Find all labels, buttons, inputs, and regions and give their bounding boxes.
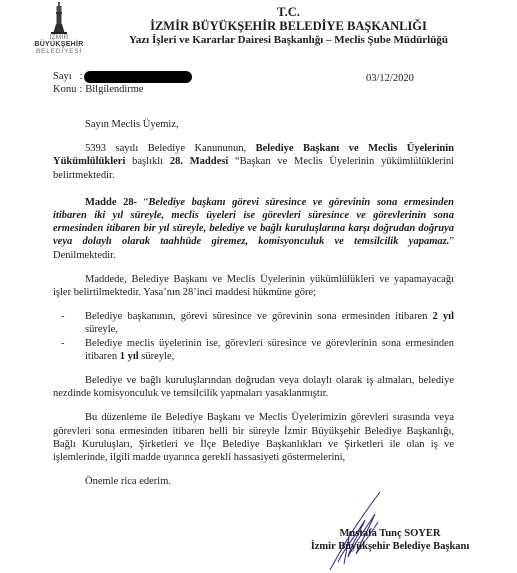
logo-line-3: BELEDİYESİ: [34, 48, 84, 55]
paragraph-1: 5393 sayılı Belediye Kanununun, Belediye…: [53, 142, 454, 182]
logo-line-2: BÜYÜKŞEHİR: [34, 41, 84, 48]
paragraph-4: Belediye ve bağlı kuruluşlarından doğrud…: [53, 374, 454, 400]
clock-tower-icon: [48, 2, 70, 34]
paragraph-5: Bu düzenleme ile Belediye Başkanı ve Mec…: [53, 411, 454, 464]
konu-separator: :: [79, 83, 82, 96]
letter-body: Sayın Meclis Üyemiz, 5393 sayılı Belediy…: [53, 118, 454, 488]
obligations-list: -Belediye başkanının, görevi süresince v…: [53, 310, 454, 363]
redacted-number: [84, 71, 192, 83]
header-tc: T.C.: [100, 5, 477, 19]
closing: Önemle rica ederim.: [53, 475, 454, 488]
letterhead: T.C. İZMİR BÜYÜKŞEHİR BELEDİYE BAŞKANLIĞ…: [100, 5, 477, 47]
sayi-row: Sayı :: [53, 70, 192, 83]
signer-name: Mustafa Tunç SOYER: [280, 527, 500, 540]
salutation: Sayın Meclis Üyemiz,: [85, 118, 454, 131]
paragraph-article-28: Madde 28- “Belediye başkanı görevi süres…: [53, 196, 454, 262]
header-department: Yazı İşleri ve Kararlar Dairesi Başkanlı…: [100, 33, 477, 47]
document-meta: Sayı : Konu : Bilgilendirme: [53, 70, 192, 96]
document-date: 03/12/2020: [366, 73, 414, 84]
header-institution: İZMİR BÜYÜKŞEHİR BELEDİYE BAŞKANLIĞI: [100, 19, 477, 33]
list-item: -Belediye başkanının, görevi süresince v…: [53, 310, 454, 336]
signer-title: İzmir Büyükşehir Belediye Başkanı: [280, 540, 500, 553]
sayi-separator: :: [80, 70, 83, 83]
list-item: -Belediye meclis üyelerinin ise, görevle…: [53, 337, 454, 363]
logo-line-1: İZMİR: [34, 34, 84, 41]
signature-block: Mustafa Tunç SOYER İzmir Büyükşehir Bele…: [280, 527, 500, 553]
konu-value: Bilgilendirme: [85, 83, 143, 96]
municipality-logo: İZMİR BÜYÜKŞEHİR BELEDİYESİ: [34, 2, 84, 56]
paragraph-3: Maddede, Belediye Başkanı ve Meclis Üyel…: [53, 273, 454, 299]
konu-label: Konu: [53, 83, 76, 96]
konu-row: Konu : Bilgilendirme: [53, 83, 192, 96]
sayi-label: Sayı: [53, 70, 72, 83]
